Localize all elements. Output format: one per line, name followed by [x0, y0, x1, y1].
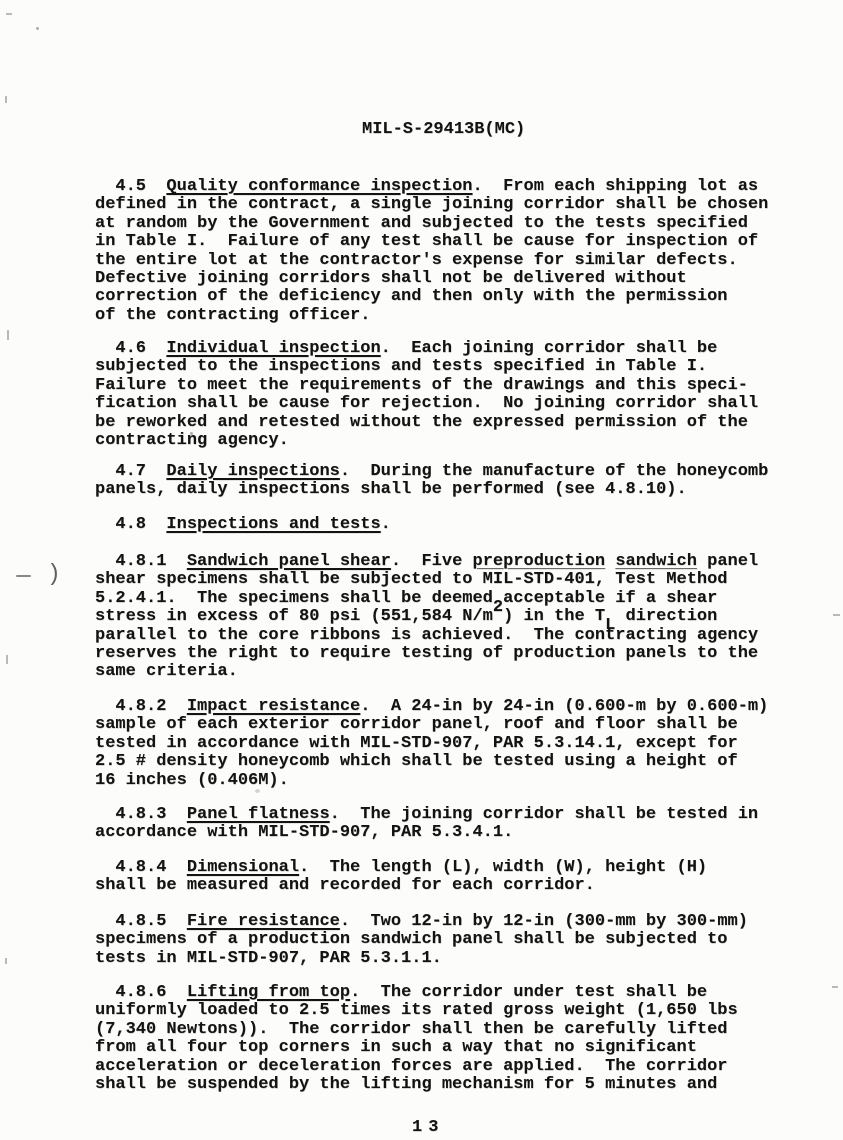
paragraph-4-8-1: 4.8.1 Sandwich panel shear. Five preprod… — [95, 553, 825, 682]
paragraph-4-6: 4.6 Individual inspection. Each joining … — [95, 340, 825, 450]
section-title: Panel flatness — [187, 805, 330, 824]
section-title: Quality conformance inspection — [166, 177, 472, 196]
paragraph-4-8-2: 4.8.2 Impact resistance. A 24-in by 24-i… — [95, 698, 825, 790]
section-title: Inspections and tests — [166, 515, 380, 534]
text-run: sandwich — [615, 552, 697, 571]
paragraph-4-8: 4.8 Inspections and tests. — [95, 516, 825, 534]
text-run: 4.6 — [95, 339, 166, 358]
scan-speck — [255, 789, 260, 793]
text-run: 4.8.4 — [95, 858, 187, 877]
text-run: . — [381, 515, 391, 534]
text-run: L — [605, 616, 615, 635]
text-run: . Five — [391, 552, 473, 571]
text-run: 4.8 — [95, 515, 166, 534]
paragraph-4-8-3: 4.8.3 Panel flatness. The joining corrid… — [95, 806, 825, 843]
paragraph-4-5: 4.5 Quality conformance inspection. From… — [95, 178, 825, 325]
scan-artifact-tick — [5, 958, 7, 964]
text-run: ) in the T — [503, 607, 605, 626]
scan-artifact-tick — [832, 986, 838, 988]
paragraph-4-8-4: 4.8.4 Dimensional. The length (L), width… — [95, 859, 825, 896]
section-title: Daily inspections — [166, 462, 339, 481]
text-run: 4.8.5 — [95, 912, 187, 931]
section-title: Individual inspection — [166, 339, 380, 358]
paragraph-4-7: 4.7 Daily inspections. During the manufa… — [95, 463, 825, 500]
paragraph-4-8-6: 4.8.6 Lifting from top. The corridor und… — [95, 984, 825, 1094]
text-run: 4.8.1 — [95, 552, 187, 571]
page-number: 13 — [412, 1119, 444, 1137]
text-run — [605, 552, 615, 571]
text-run: 4.8.3 — [95, 805, 187, 824]
margin-paren-mark: ) — [47, 561, 61, 587]
scan-speck — [36, 27, 39, 30]
text-run: preproduction — [473, 552, 606, 571]
scanned-document-page: MIL-S-29413B(MC) 4.5 Quality conformance… — [0, 0, 843, 1140]
spec-number-header: MIL-S-29413B(MC) — [362, 121, 525, 139]
text-run: 4.8.2 — [95, 697, 187, 716]
text-run: 4.5 — [95, 177, 166, 196]
section-title: Fire resistance — [187, 912, 340, 931]
scan-artifact-tick — [833, 614, 840, 616]
scan-artifact-tick — [6, 13, 12, 15]
text-run: 4.7 — [95, 462, 166, 481]
margin-dash-mark — [16, 575, 31, 577]
text-run: 4.8.6 — [95, 983, 187, 1002]
scan-artifact-tick — [5, 96, 7, 103]
scan-speck — [190, 432, 193, 435]
scan-artifact-tick — [7, 330, 9, 340]
text-run: 2 — [493, 598, 503, 617]
section-title: Sandwich panel shear — [187, 552, 391, 571]
section-title: Lifting from top — [187, 983, 350, 1002]
scan-artifact-tick — [6, 655, 8, 664]
section-title: Dimensional — [187, 858, 299, 877]
text-run: . From each shipping lot as defined in t… — [95, 177, 768, 325]
paragraph-4-8-5: 4.8.5 Fire resistance. Two 12-in by 12-i… — [95, 913, 825, 968]
section-title: Impact resistance — [187, 697, 360, 716]
